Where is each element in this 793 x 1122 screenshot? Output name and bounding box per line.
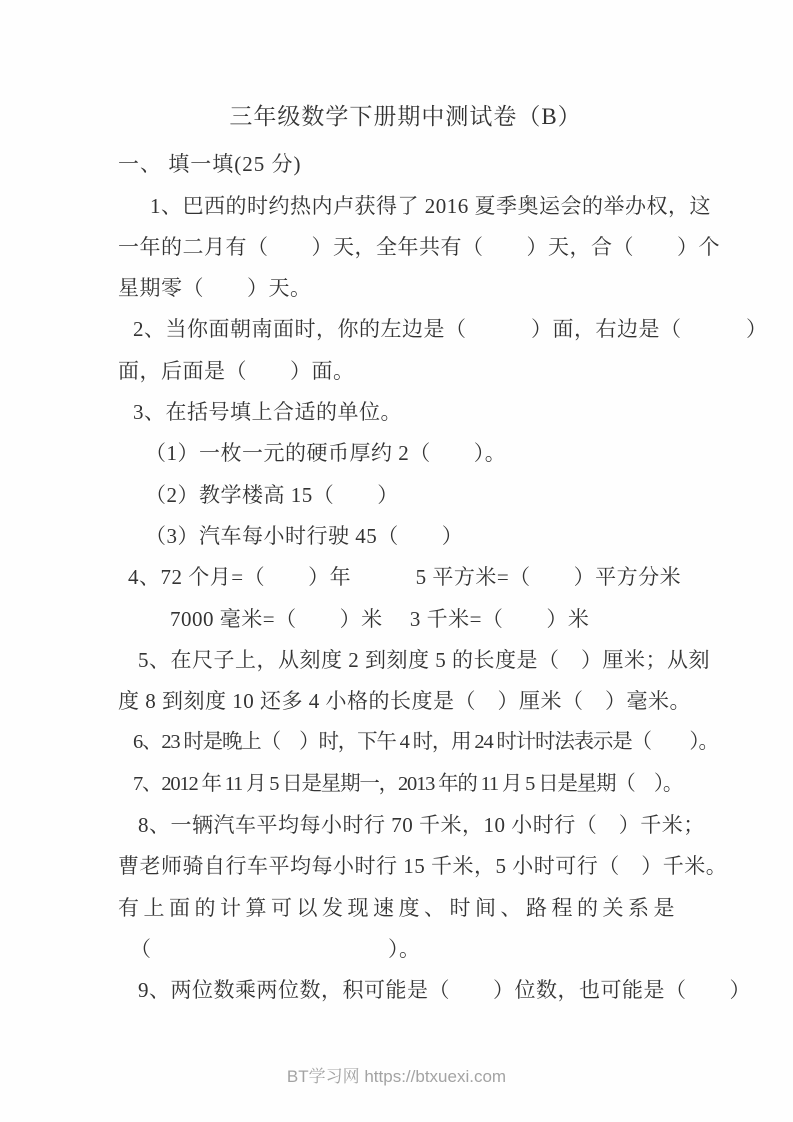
question-3-subitem-1: （1）一枚一元的硬币厚约 2（ ）。 bbox=[118, 433, 693, 474]
question-1: 1、巴西的时约热内卢获得了 2016 夏季奥运会的举办权，这 一年的二月有（ ）… bbox=[118, 186, 693, 310]
question-4-line-1: 4、72 个月=（ ）年 5 平方米=（ ）平方分米 bbox=[118, 557, 693, 598]
question-8-line-4: （ ）。 bbox=[118, 929, 693, 970]
question-5: 5、在尺子上，从刻度 2 到刻度 5 的长度是（ ）厘米；从刻 度 8 到刻度 … bbox=[118, 640, 693, 723]
question-4: 4、72 个月=（ ）年 5 平方米=（ ）平方分米 7000 毫米=（ ）米 … bbox=[118, 557, 693, 640]
exam-page: 三年级数学下册期中测试卷（B） 一、 填一填(25 分) 1、巴西的时约热内卢获… bbox=[0, 0, 793, 1122]
question-5-line-2: 度 8 到刻度 10 还多 4 小格的长度是（ ）厘米（ ）毫米。 bbox=[118, 681, 693, 722]
question-8-line-2: 曹老师骑自行车平均每小时行 15 千米，5 小时可行（ ）千米。 bbox=[118, 846, 693, 887]
question-5-line-1: 5、在尺子上，从刻度 2 到刻度 5 的长度是（ ）厘米；从刻 bbox=[118, 640, 693, 681]
question-8-line-3: 有上面的计算可以发现速度、时间、路程的关系是 bbox=[118, 888, 693, 929]
question-3: 3、在括号填上合适的单位。 （1）一枚一元的硬币厚约 2（ ）。 （2）教学楼高… bbox=[118, 392, 693, 557]
question-1-line-1: 1、巴西的时约热内卢获得了 2016 夏季奥运会的举办权，这 bbox=[118, 186, 693, 227]
question-2-line-1: 2、当你面朝南面时，你的左边是（ ）面，右边是（ ） bbox=[118, 309, 693, 350]
question-8-line-1: 8、一辆汽车平均每小时行 70 千米，10 小时行（ ）千米； bbox=[118, 805, 693, 846]
question-3-subitem-2: （2）教学楼高 15（ ） bbox=[118, 475, 693, 516]
question-3-line-1: 3、在括号填上合适的单位。 bbox=[118, 392, 693, 433]
section-heading: 一、 填一填(25 分) bbox=[118, 144, 693, 185]
question-2-line-2: 面，后面是（ ）面。 bbox=[118, 351, 693, 392]
question-6: 6、23 时是晚上（ ）时，下午 4 时，用 24 时计时法表示是（ ）。 bbox=[118, 722, 693, 763]
question-2: 2、当你面朝南面时，你的左边是（ ）面，右边是（ ） 面，后面是（ ）面。 bbox=[118, 309, 693, 392]
question-1-line-3: 星期零（ ）天。 bbox=[118, 268, 693, 309]
exam-content: 三年级数学下册期中测试卷（B） 一、 填一填(25 分) 1、巴西的时约热内卢获… bbox=[118, 96, 693, 1012]
question-1-line-2: 一年的二月有（ ）天，全年共有（ ）天，合（ ）个 bbox=[118, 227, 693, 268]
page-title: 三年级数学下册期中测试卷（B） bbox=[118, 96, 693, 137]
question-6-line-1: 6、23 时是晚上（ ）时，下午 4 时，用 24 时计时法表示是（ ）。 bbox=[118, 722, 693, 763]
watermark-footer: BT学习网 https://btxuexi.com bbox=[0, 1062, 793, 1092]
question-7-line-1: 7、2012 年 11 月 5 日是星期一，2013 年的 11 月 5 日是星… bbox=[118, 764, 693, 805]
question-9: 9、两位数乘两位数，积可能是（ ）位数，也可能是（ ） bbox=[118, 970, 693, 1011]
question-7: 7、2012 年 11 月 5 日是星期一，2013 年的 11 月 5 日是星… bbox=[118, 764, 693, 805]
question-4-line-2: 7000 毫米=（ ）米 3 千米=（ ）米 bbox=[118, 599, 693, 640]
question-3-subitem-3: （3）汽车每小时行驶 45（ ） bbox=[118, 516, 693, 557]
question-9-line-1: 9、两位数乘两位数，积可能是（ ）位数，也可能是（ ） bbox=[118, 970, 693, 1011]
question-8: 8、一辆汽车平均每小时行 70 千米，10 小时行（ ）千米； 曹老师骑自行车平… bbox=[118, 805, 693, 970]
